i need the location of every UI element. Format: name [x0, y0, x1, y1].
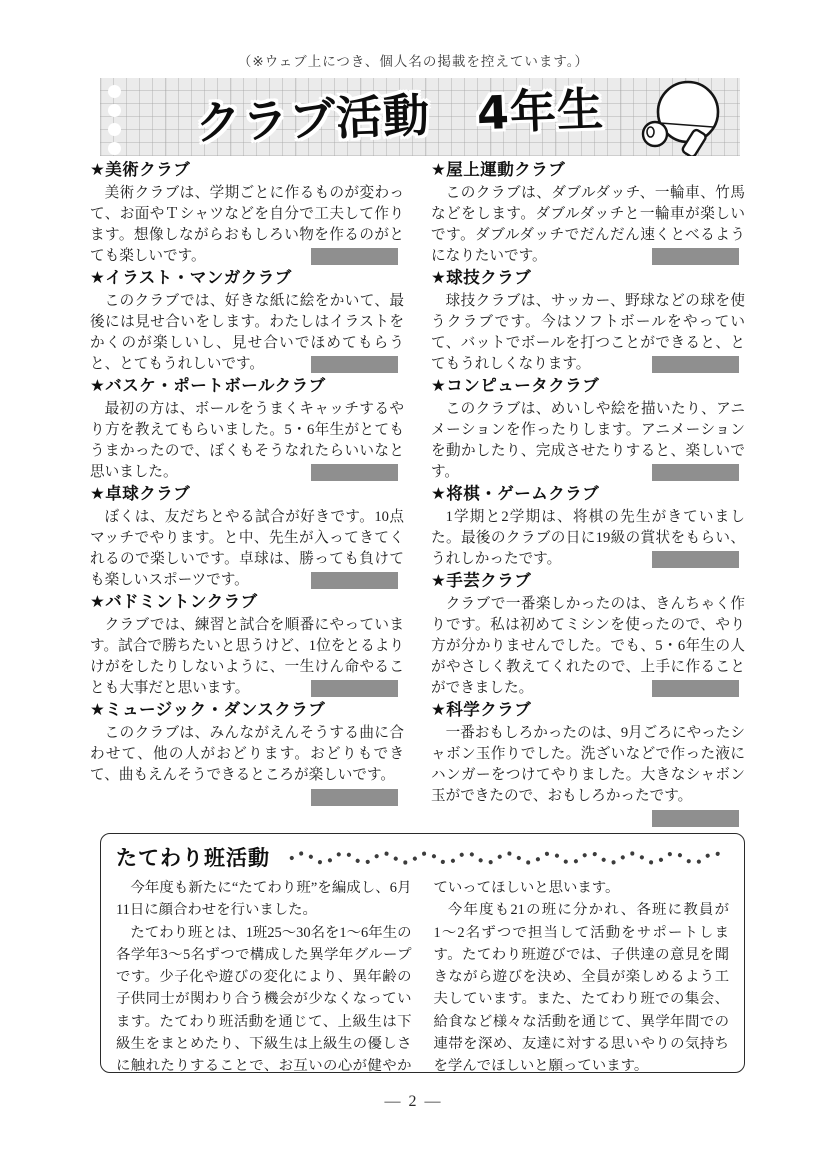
- club-name: ★球技クラブ: [431, 267, 745, 289]
- tatewari-paragraph: たてわり班とは、1班25〜30名を1〜6年生の各学年3〜5名ずつで構成した異学年…: [116, 922, 412, 1073]
- club-name: ★科学クラブ: [431, 699, 745, 721]
- redacted-name-box: [652, 464, 739, 481]
- redacted-name-box: [311, 572, 398, 589]
- redacted-name-box: [652, 680, 739, 697]
- club-entry-science: ★科学クラブ 一番おもしろかったのは、9月ごろにやったシャボン玉作りでした。洗ざ…: [431, 699, 745, 827]
- club-name: ★屋上運動クラブ: [431, 159, 745, 181]
- tatewari-title: たてわり班活動: [116, 842, 270, 872]
- club-entry-illust-manga: ★イラスト・マンガクラブ このクラブでは、好きな紙に絵をかいて、最後には見せ合い…: [90, 267, 404, 373]
- redacted-name-box: [311, 356, 398, 373]
- redacted-name-box: [652, 551, 739, 568]
- club-entry-music-dance: ★ミュージック・ダンスクラブ このクラブは、みんながえんそうする曲に合わせて、他…: [90, 699, 404, 806]
- binder-hole: [108, 85, 121, 98]
- tatewari-paragraph: ていってほしいと思います。: [434, 877, 730, 899]
- redacted-name-box: [311, 789, 398, 806]
- club-name: ★美術クラブ: [90, 159, 404, 181]
- dotted-wave-decoration: [288, 848, 729, 866]
- club-entry-rooftop-sports: ★屋上運動クラブ このクラブは、ダブルダッチ、一輪車、竹馬などをします。ダブルダ…: [431, 159, 745, 265]
- club-description: このクラブは、みんながえんそうする曲に合わせて、他の人がおどります。おどりもでき…: [90, 723, 404, 786]
- binder-holes: [108, 85, 121, 161]
- redacted-name-box: [311, 680, 398, 697]
- club-name: ★将棋・ゲームクラブ: [431, 483, 745, 505]
- redacted-name-box: [311, 248, 398, 265]
- tatewari-paragraph: 今年度も新たに“たてわり班”を編成し、6月11日に顔合わせを行いました。: [116, 877, 412, 922]
- tatewari-column-right: ていってほしいと思います。 今年度も21の班に分かれ、各班に教員が1〜2名ずつで…: [434, 877, 730, 1073]
- club-entry-shogi-game: ★将棋・ゲームクラブ 1学期と2学期は、将棋の先生がきていました。最後のクラブの…: [431, 483, 745, 568]
- binder-hole: [108, 123, 121, 136]
- tatewari-paragraph: 今年度も21の班に分かれ、各班に教員が1〜2名ずつで担当して活動をサポートします…: [434, 899, 730, 1073]
- tatewari-section: たてわり班活動 今年度も新たに“たてわり班”を編成し、6月11日に顔合わせを行い…: [100, 833, 745, 1073]
- tatewari-header: たてわり班活動: [116, 841, 729, 873]
- club-entry-ball-games: ★球技クラブ 球技クラブは、サッカー、野球などの球を使うクラブです。今はソフトボ…: [431, 267, 745, 373]
- table-tennis-paddle-icon: [634, 80, 734, 156]
- redacted-name-box: [652, 248, 739, 265]
- club-name: ★卓球クラブ: [90, 483, 404, 505]
- title-banner: クラブ活動 4年生: [100, 78, 740, 156]
- binder-hole: [108, 142, 121, 155]
- redacted-name-box: [652, 810, 739, 827]
- page-number: — 2 —: [0, 1093, 827, 1111]
- club-entry-computer: ★コンピュータクラブ このクラブは、めいしや絵を描いたり、アニメーションを作った…: [431, 375, 745, 481]
- club-entry-art: ★美術クラブ 美術クラブは、学期ごとに作るものが変わって、お面やＴシャツなどを自…: [90, 159, 404, 265]
- club-description: 一番おもしろかったのは、9月ごろにやったシャボン玉作りでした。洗ざいなどで作った…: [431, 723, 745, 807]
- club-column-right: ★屋上運動クラブ このクラブは、ダブルダッチ、一輪車、竹馬などをします。ダブルダ…: [431, 159, 745, 829]
- club-entry-badminton: ★バドミントンクラブ クラブでは、練習と試合を順番にやっています。試合で勝ちたい…: [90, 591, 404, 697]
- page-title: クラブ活動 4年生: [194, 79, 606, 153]
- club-entry-basketball-portball: ★バスケ・ポートボールクラブ 最初の方は、ボールをうまくキャッチするやり方を教え…: [90, 375, 404, 481]
- newsletter-page: （※ウェブ上につき、個人名の掲載を控えています。） クラブ活動 4年生 ★美術ク…: [0, 0, 827, 1170]
- redacted-name-box: [311, 464, 398, 481]
- club-column-left: ★美術クラブ 美術クラブは、学期ごとに作るものが変わって、お面やＴシャツなどを自…: [90, 159, 404, 808]
- club-entry-handicraft: ★手芸クラブ クラブで一番楽しかったのは、きんちゃく作りです。私は初めてミシンを…: [431, 570, 745, 697]
- redacted-name-box: [652, 356, 739, 373]
- privacy-note: （※ウェブ上につき、個人名の掲載を控えています。）: [0, 50, 827, 70]
- club-name: ★バドミントンクラブ: [90, 591, 404, 613]
- tatewari-column-left: 今年度も新たに“たてわり班”を編成し、6月11日に顔合わせを行いました。 たてわ…: [116, 877, 412, 1073]
- club-name: ★コンピュータクラブ: [431, 375, 745, 397]
- binder-hole: [108, 104, 121, 117]
- club-name: ★イラスト・マンガクラブ: [90, 267, 404, 289]
- club-entry-table-tennis: ★卓球クラブ ぼくは、友だちとやる試合が好きです。10点マッチでやります。と中、…: [90, 483, 404, 589]
- club-name: ★ミュージック・ダンスクラブ: [90, 699, 404, 721]
- club-name: ★バスケ・ポートボールクラブ: [90, 375, 404, 397]
- club-name: ★手芸クラブ: [431, 570, 745, 592]
